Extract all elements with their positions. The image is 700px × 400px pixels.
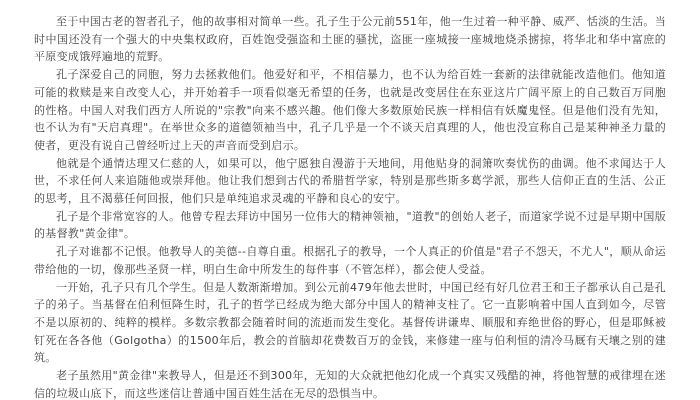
paragraph-disciples-legacy: 一开始，孔子只有几个学生。但是人数渐渐增加。到公元前479年他去世时，中国已经有… <box>34 279 666 368</box>
paragraph-self-respect: 孔子对谁都不记恨。他教导人的美德--自尊自重。根据孔子的教导，一个人真正的价值是… <box>34 243 666 278</box>
document-page: 至于中国古老的智者孔子，他的故事相对简单一些。孔子生于公元前551年，他一生过着… <box>0 0 700 400</box>
paragraph-laozi-superstition: 老子虽然用"黄金律"来教导人，但是还不到300年，无知的大众就把他幻化成一个真实… <box>34 367 666 400</box>
paragraph-confucius-intro: 至于中国古老的智者孔子，他的故事相对简单一些。孔子生于公元前551年，他一生过着… <box>34 13 666 66</box>
paragraph-love-of-people: 孔子深爱自己的同胞，努力去拯救他们。他爱好和平，不相信暴力，也不认为给百姓一套新… <box>34 66 666 155</box>
paragraph-kind-wanderer: 他就是个通情达理又仁慈的人，如果可以，他宁愿独自漫游于天地间，用他贴身的洞箫吹奏… <box>34 155 666 208</box>
paragraph-tolerance-laozi: 孔子是个非常宽容的人。他曾专程去拜访中国另一位伟大的精神领袖，"道教"的创始人老… <box>34 208 666 243</box>
